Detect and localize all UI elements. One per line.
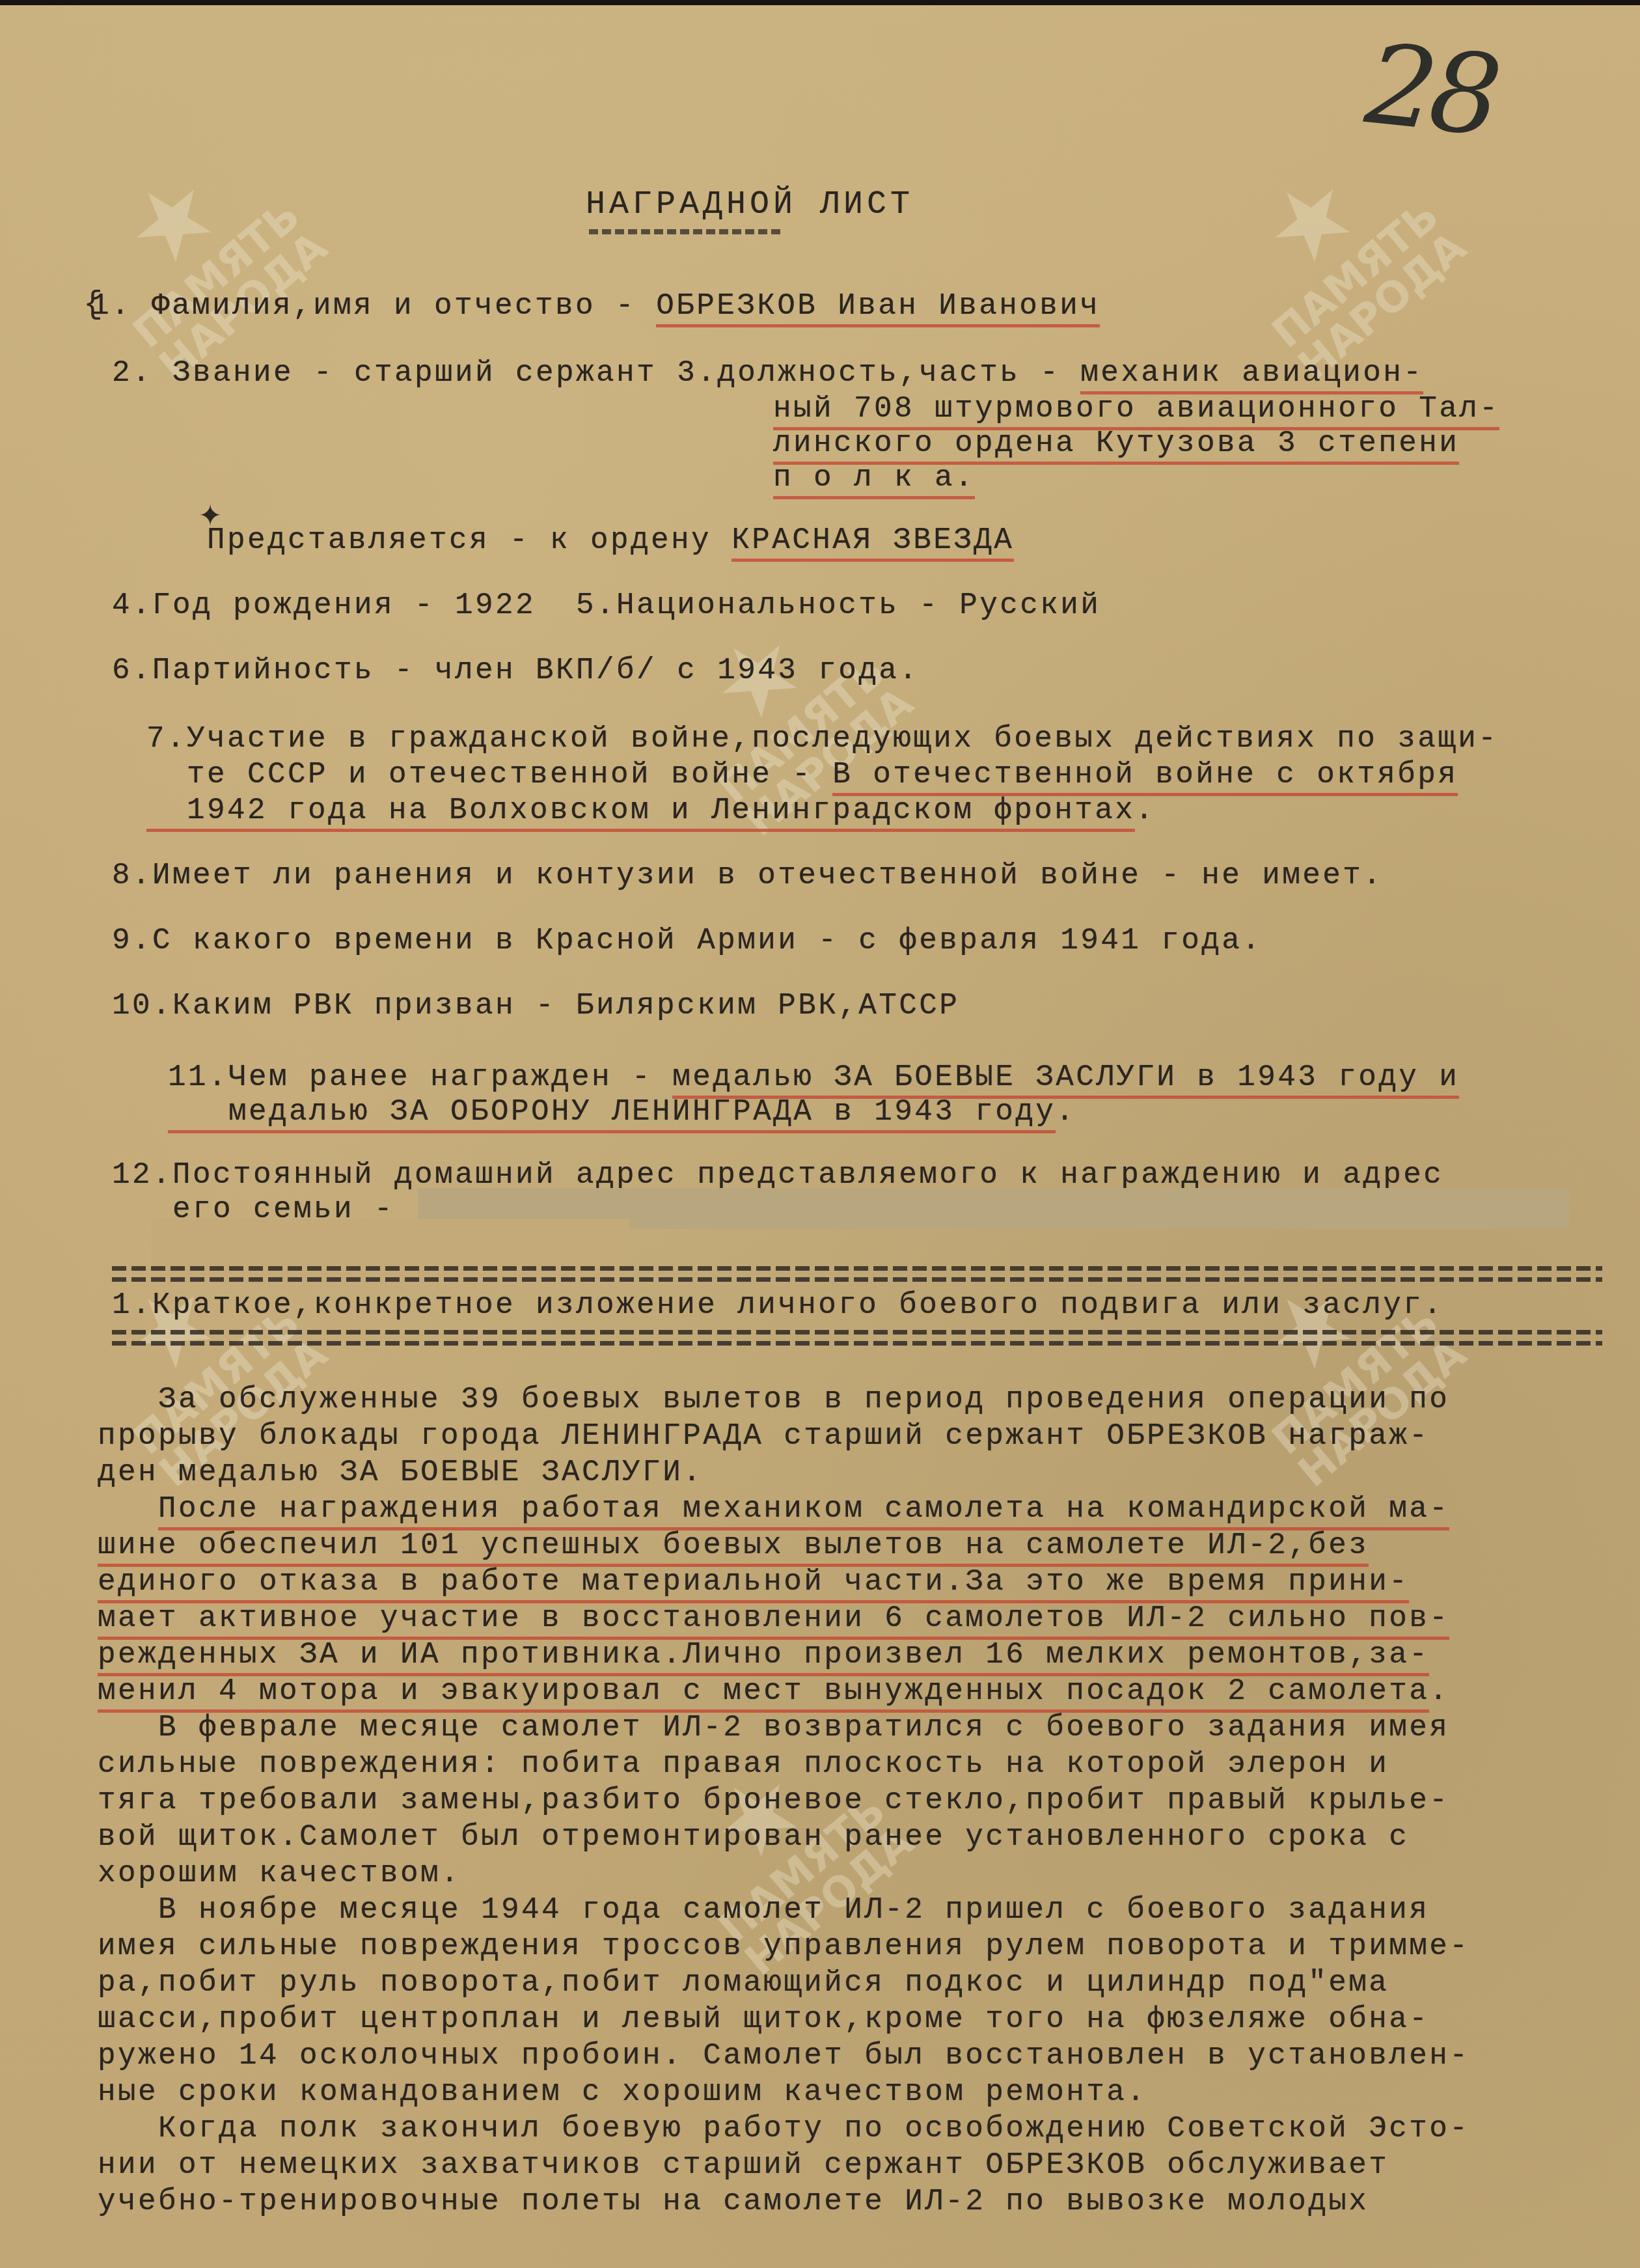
scan-edge (0, 0, 1640, 5)
text-line: 1. Фамилия,имя и отчество - ОБРЕЗКОВ Ива… (91, 290, 1100, 322)
text-line: те СССР и отечественной войне - В отечес… (146, 758, 1458, 791)
text-segment: ден медалью ЗА БОЕВЫЕ ЗАСЛУГИ. (98, 1456, 703, 1489)
title-underline (589, 229, 784, 234)
underlined-text: шине обеспечил 101 успешных боевых вылет… (98, 1528, 1369, 1567)
text-line: После награждения работая механиком само… (98, 1493, 1449, 1525)
text-line: режденных ЗА и ИА противника.Лично произ… (98, 1639, 1429, 1671)
redacted-address (151, 1219, 629, 1284)
text-line: ден медалью ЗА БОЕВЫЕ ЗАСЛУГИ. (98, 1456, 703, 1489)
underlined-text: менил 4 мотора и эвакуировал с мест выну… (98, 1674, 1429, 1713)
text-line: 10.Каким РВК призван - Билярским РВК,АТС… (112, 989, 959, 1022)
text-segment: ружено 14 осколочных пробоин. Самолет бы… (98, 2039, 1469, 2073)
text-segment: ра,побит руль поворота,побит ломающийся … (98, 1966, 1389, 2000)
text-segment: сильные повреждения: побита правая плоск… (98, 1747, 1389, 1781)
award-sheet-page: 28 ★ПАМЯТЬНАРОДА ★ПАМЯТЬНАРОДА ★ПАМЯТЬНА… (0, 0, 1640, 2268)
underlined-text: После награждения работая механиком само… (158, 1492, 1449, 1530)
text-line: Представляется - к ордену КРАСНАЯ ЗВЕЗДА (207, 524, 1014, 557)
text-line: 8.Имеет ли ранения и контузии в отечеств… (112, 859, 1383, 892)
text-segment: нии от немецких захватчиков старший серж… (98, 2148, 1389, 2182)
text-line: мает активное участие в восстановлении 6… (98, 1602, 1449, 1635)
text-segment: В ноябре месяце 1944 года самолет ИЛ-2 п… (98, 1893, 1429, 1927)
section-heading: 1.Краткое,конкретное изложение личного б… (112, 1289, 1443, 1321)
underlined-text: ный 708 штурмового авиационного Тал- (773, 392, 1499, 430)
text-line: В ноябре месяце 1944 года самолет ИЛ-2 п… (98, 1894, 1429, 1926)
text-segment: 12.Постоянный домашний адрес представляе… (112, 1158, 1443, 1192)
text-segment: 11.Чем ранее награжден - (168, 1060, 672, 1094)
text-segment: вой щиток.Самолет был отремонтирован ран… (98, 1820, 1409, 1854)
text-line: линского ордена Кутузова 3 степени (773, 427, 1459, 460)
underlined-text: 1942 года на Волховском и Ленинградском … (146, 794, 1135, 832)
text-line: ружено 14 осколочных пробоин. Самолет бы… (98, 2040, 1469, 2072)
text-line: 2. Звание - старший сержант 3.должность,… (112, 357, 1423, 389)
text-line: единого отказа в работе материальной час… (98, 1566, 1409, 1598)
text-line: хорошим качеством. (98, 1857, 461, 1890)
text-line: В феврале месяце самолет ИЛ-2 возвратилс… (98, 1711, 1449, 1744)
text-segment: 10.Каким РВК призван - Билярским РВК,АТС… (112, 989, 959, 1023)
text-line: п о л к а. (773, 462, 975, 494)
text-segment: те СССР и отечественной войне - (146, 758, 832, 792)
text-line: сильные повреждения: побита правая плоск… (98, 1748, 1389, 1780)
text-line: За обслуженные 39 боевых вылетов в перио… (98, 1383, 1449, 1416)
text-segment: прорыву блокады города ЛЕНИНГРАДА старши… (98, 1419, 1429, 1453)
document-title: НАГРАДНОЙ ЛИСТ (586, 189, 914, 221)
section-divider (112, 1330, 1602, 1335)
underlined-text: режденных ЗА и ИА противника.Лично произ… (98, 1638, 1429, 1676)
text-segment: тяга требовали замены,разбито броневое с… (98, 1784, 1449, 1818)
text-line: прорыву блокады города ЛЕНИНГРАДА старши… (98, 1420, 1429, 1452)
text-segment (98, 1492, 158, 1526)
text-line: учебно-тренировочные полеты на самолете … (98, 2185, 1369, 2218)
section-divider (112, 1277, 1602, 1282)
text-line: нии от немецких захватчиков старший серж… (98, 2149, 1389, 2181)
text-line: Когда полк закончил боевую работу по осв… (98, 2112, 1469, 2145)
text-segment: Представляется - к ордену (207, 523, 731, 557)
underlined-text: мает активное участие в восстановлении 6… (98, 1601, 1449, 1640)
text-line: 9.С какого времени в Красной Армии - с ф… (112, 924, 1262, 957)
underlined-text: медалью ЗА ОБОРОНУ ЛЕНИНГРАДА в 1943 год… (168, 1095, 1056, 1133)
text-line: 4.Год рождения - 1922 5.Национальность -… (112, 589, 1100, 622)
text-segment: В феврале месяце самолет ИЛ-2 возвратилс… (98, 1711, 1449, 1745)
text-segment: 1. Фамилия,имя и отчество - (91, 289, 656, 323)
text-segment: шасси,пробит центроплан и левый щиток,кр… (98, 2002, 1429, 2036)
text-segment: ные сроки командованием с хорошим качест… (98, 2075, 1147, 2109)
folio-number: 28 (1360, 20, 1501, 161)
underlined-text: единого отказа в работе материальной час… (98, 1565, 1409, 1603)
text-line: ные сроки командованием с хорошим качест… (98, 2076, 1147, 2109)
text-line: вой щиток.Самолет был отремонтирован ран… (98, 1821, 1409, 1853)
text-segment: За обслуженные 39 боевых вылетов в перио… (98, 1383, 1449, 1417)
text-line: тяга требовали замены,разбито броневое с… (98, 1784, 1449, 1817)
text-line: шасси,пробит центроплан и левый щиток,кр… (98, 2003, 1429, 2036)
underlined-text: механик авиацион- (1080, 356, 1423, 394)
text-line: 6.Партийность - член ВКП/б/ с 1943 года. (112, 654, 919, 687)
text-segment: 6.Партийность - член ВКП/б/ с 1943 года. (112, 654, 919, 687)
underlined-text: ОБРЕЗКОВ Иван Иванович (656, 289, 1100, 327)
text-segment: 2. Звание - старший сержант 3.должность,… (112, 356, 1080, 390)
underlined-text: медалью ЗА БОЕВЫЕ ЗАСЛУГИ в 1943 году и (672, 1060, 1459, 1099)
text-line: ный 708 штурмового авиационного Тал- (773, 393, 1499, 425)
text-line: 7.Участие в гражданской войне,последующи… (146, 723, 1498, 755)
text-line: менил 4 мотора и эвакуировал с мест выну… (98, 1675, 1449, 1708)
text-segment: . (1429, 1674, 1449, 1708)
section-divider (112, 1341, 1602, 1346)
text-line: 12.Постоянный домашний адрес представляе… (112, 1159, 1443, 1191)
underlined-text: п о л к а. (773, 461, 975, 499)
text-segment: Когда полк закончил боевую работу по осв… (98, 2112, 1469, 2146)
text-segment: 9.С какого времени в Красной Армии - с ф… (112, 924, 1262, 958)
text-line: 11.Чем ранее награжден - медалью ЗА БОЕВ… (168, 1061, 1459, 1094)
text-segment: 7.Участие в гражданской войне,последующи… (146, 722, 1498, 756)
text-line: ра,побит руль поворота,побит ломающийся … (98, 1967, 1389, 1999)
watermark: ★ПАМЯТЬНАРОДА (1202, 119, 1473, 388)
underlined-text: линского ордена Кутузова 3 степени (773, 426, 1459, 465)
text-segment: 4.Год рождения - 1922 5.Национальность -… (112, 588, 1100, 622)
text-segment: . (1135, 794, 1155, 827)
text-segment: учебно-тренировочные полеты на самолете … (98, 2185, 1369, 2219)
text-line: 1942 года на Волховском и Ленинградском … (146, 794, 1155, 827)
text-segment: имея сильные повреждения троссов управле… (98, 1929, 1469, 1963)
text-segment: . (1056, 1095, 1076, 1129)
text-line: шине обеспечил 101 успешных боевых вылет… (98, 1529, 1369, 1562)
underlined-text: В отечественной войне с октября (832, 758, 1458, 796)
section-divider (112, 1266, 1602, 1271)
text-line: медалью ЗА ОБОРОНУ ЛЕНИНГРАДА в 1943 год… (168, 1096, 1076, 1128)
text-segment: хорошим качеством. (98, 1857, 461, 1890)
text-line: имея сильные повреждения троссов управле… (98, 1930, 1469, 1963)
watermark: ★ПАМЯТЬНАРОДА (63, 119, 335, 388)
text-segment: 8.Имеет ли ранения и контузии в отечеств… (112, 859, 1383, 892)
underlined-text: КРАСНАЯ ЗВЕЗДА (731, 523, 1014, 562)
